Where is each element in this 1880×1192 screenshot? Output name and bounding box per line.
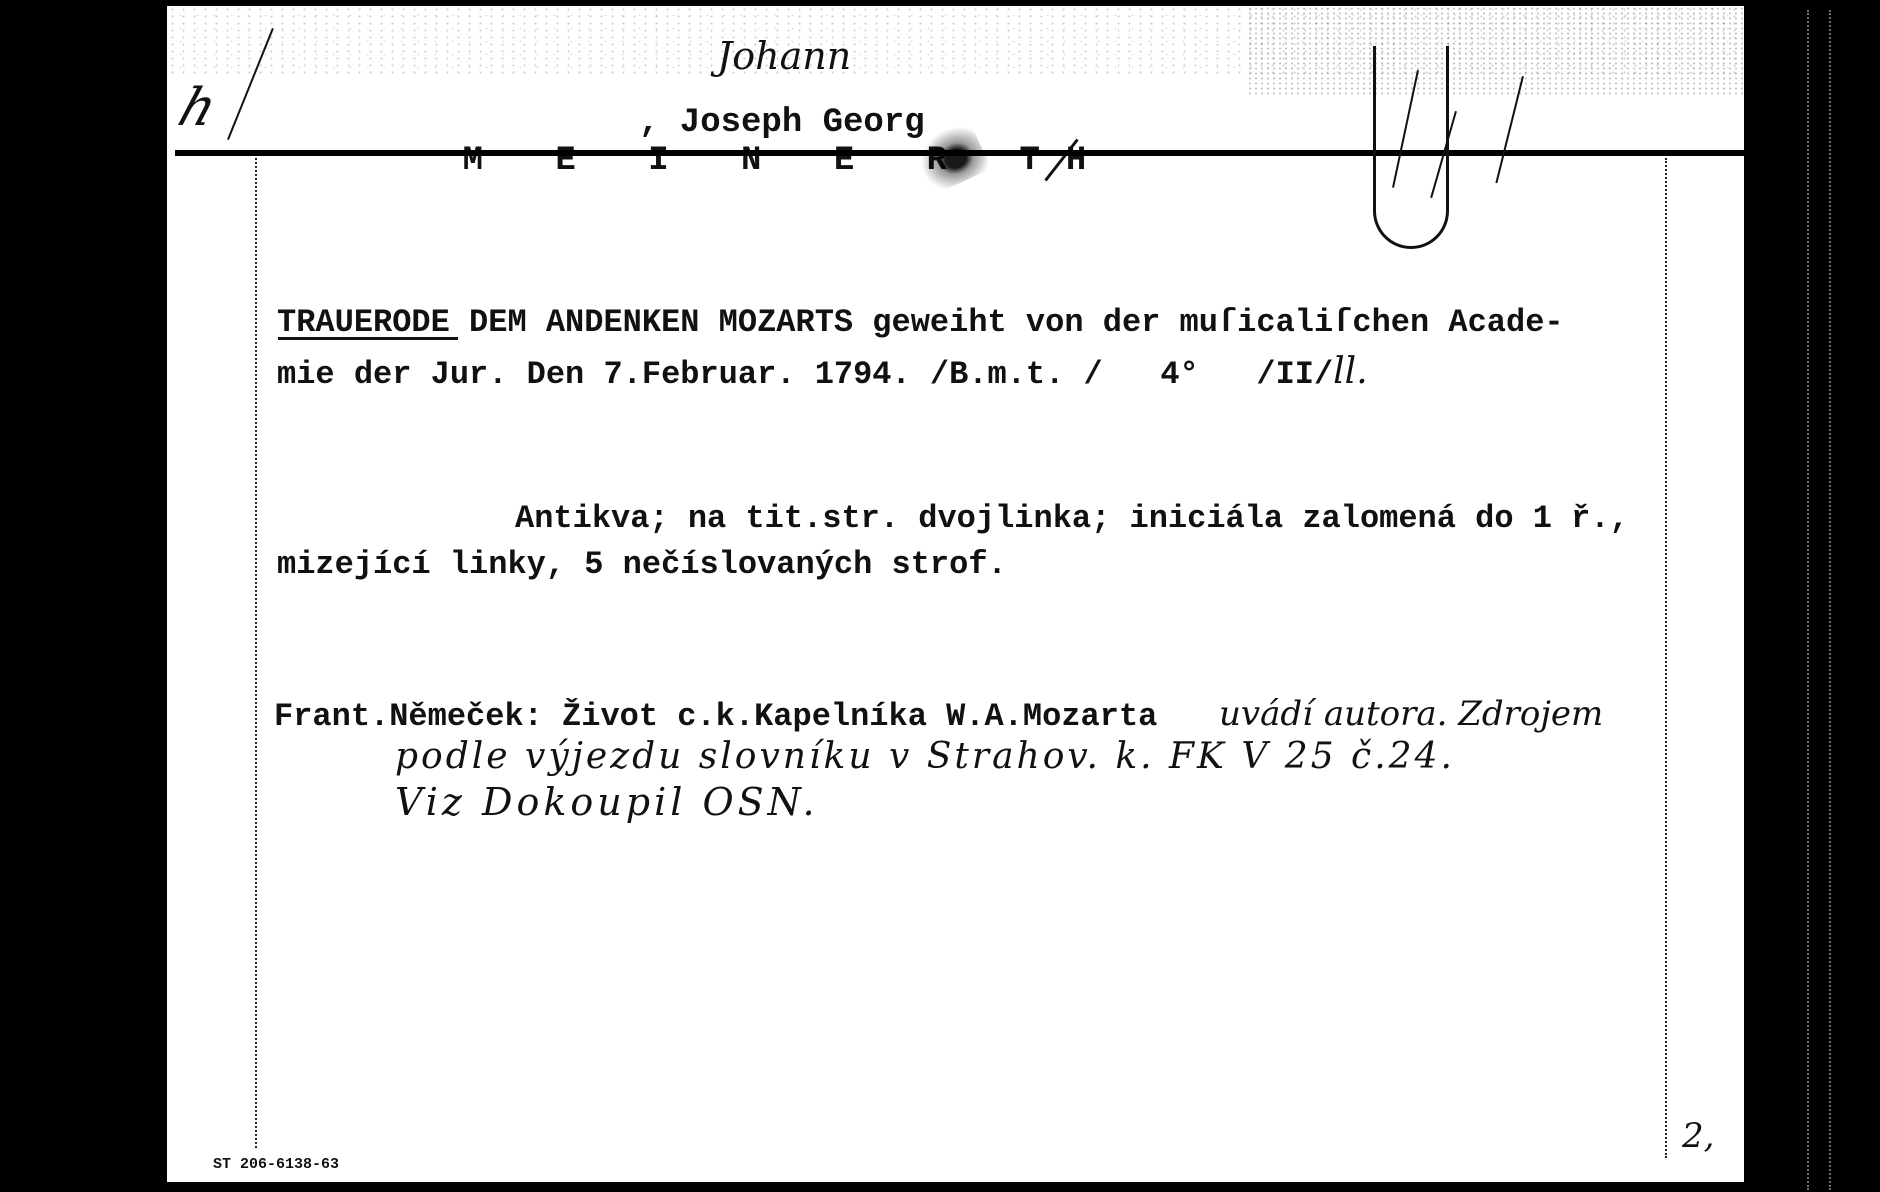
footer-code: ST 206-6138-63	[213, 1156, 339, 1173]
paperclip-mark	[1373, 46, 1449, 249]
title-line-2: mie der Jur. Den 7.Februar. 1794. /B.m.t…	[277, 351, 1368, 393]
handwritten-forename-note: Johann	[717, 34, 851, 78]
heading-rule	[175, 150, 1744, 156]
title-underline	[278, 337, 458, 340]
reference-handwritten-1: uvádí autora. Zdrojem	[1219, 694, 1603, 734]
title-line-1: TRAUERODE DEM ANDENKEN MOZARTS geweiht v…	[277, 304, 1564, 341]
struck-letter: H	[1066, 142, 1086, 180]
reference-handwritten-2: podle výjezdu slovníku v Strahov. k. FK …	[395, 736, 1455, 777]
handwritten-margin-mark: h	[171, 78, 224, 138]
heading-forenames: , Joseph Georg	[639, 104, 925, 142]
description-line-2: mizející linky, 5 nečíslovaných strof.	[277, 546, 1007, 583]
corner-mark: 2,	[1682, 1116, 1714, 1156]
left-margin-guide	[255, 158, 257, 1148]
handwritten-volume-note: ll.	[1333, 351, 1367, 392]
catalog-card: h Johann M E I N E R TH , Joseph Georg T…	[167, 6, 1744, 1182]
scan-noise	[1247, 6, 1744, 96]
right-margin-guide	[1665, 158, 1667, 1158]
scan-border-artifact	[1807, 10, 1809, 1190]
scan-border-artifact	[1829, 10, 1831, 1190]
reference-typed: Frant.Němeček: Život c.k.Kapelníka W.A.M…	[274, 698, 1157, 735]
title-underlined: TRAUERODE	[277, 304, 450, 341]
description-line-1: Antikva; na tit.str. dvojlinka; iniciála…	[515, 500, 1629, 537]
reference-handwritten-3: Viz Dokoupil OSN.	[395, 780, 819, 824]
